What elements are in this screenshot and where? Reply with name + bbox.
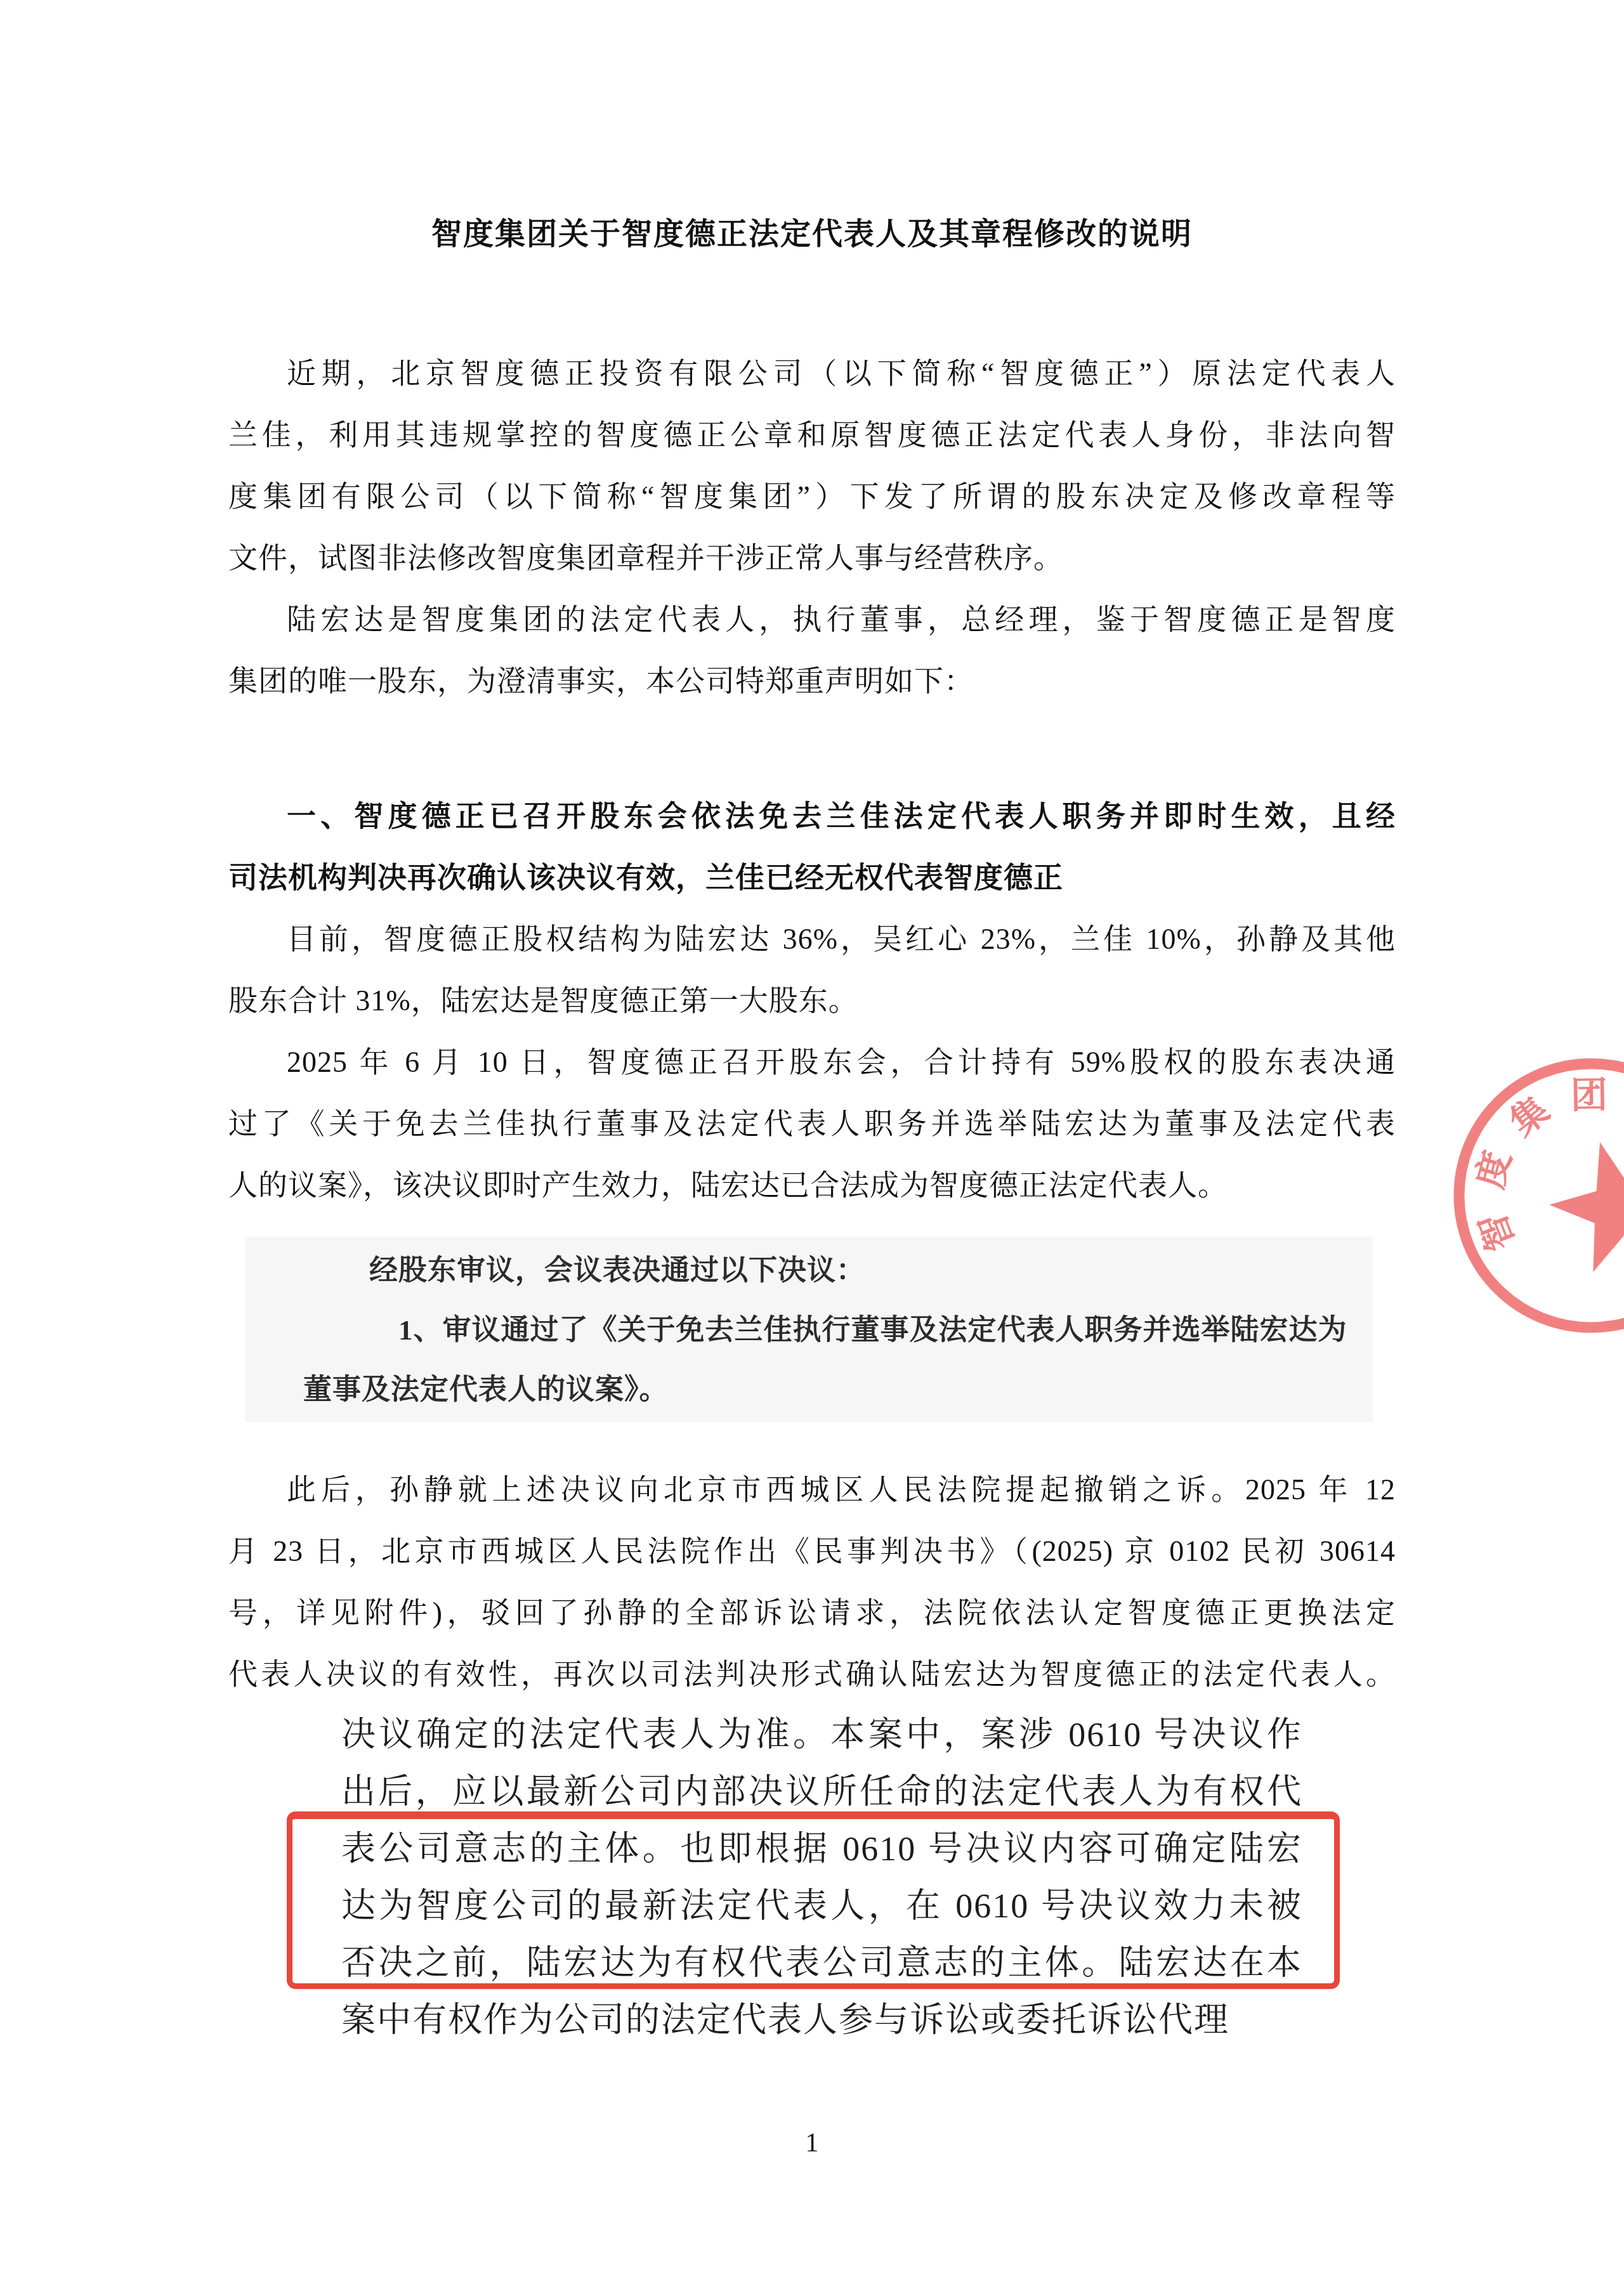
text-line: 月 23 日，北京市西城区人民法院作出《民事判决书》（(2025) 京 0102… bbox=[228, 1520, 1396, 1582]
seal-char: 度 bbox=[1469, 1147, 1519, 1193]
quote-line: 经股东审议，会议表决通过以下决议： bbox=[245, 1241, 1373, 1300]
text-line: 目前，智度德正股权结构为陆宏达 36%，吴红心 23%，兰佳 10%，孙静及其他 bbox=[228, 908, 1396, 970]
excerpt-line: 出后，应以最新公司内部决议所任命的法定代表人为有权代 bbox=[341, 1763, 1302, 1820]
seal-char: 团 bbox=[1570, 1074, 1608, 1116]
excerpt-line: 决议确定的法定代表人为准。本案中，案涉 0610 号决议作 bbox=[341, 1706, 1302, 1763]
seal-char: 智 bbox=[1471, 1207, 1522, 1256]
section-heading-1: 一、智度德正已召开股东会依法免去兰佳法定代表人职务并即时生效，且经 司法机构判决… bbox=[228, 785, 1396, 908]
quote-line: 1、审议通过了《关于免去兰佳执行董事及法定代表人职务并选举陆宏达为 bbox=[245, 1300, 1373, 1360]
star-icon bbox=[1549, 1142, 1624, 1272]
document-page: 智度集团关于智度德正法定代表人及其章程修改的说明 近期，北京智度德正投资有限公司… bbox=[0, 0, 1624, 2296]
quote-line: 董事及法定代表人的议案》。 bbox=[245, 1360, 1373, 1419]
paragraph-1: 近期，北京智度德正投资有限公司（以下简称“智度德正”）原法定代表人 兰佳，利用其… bbox=[228, 342, 1396, 589]
text-line: 2025 年 6 月 10 日，智度德正召开股东会，合计持有 59%股权的股东表… bbox=[228, 1031, 1396, 1093]
judgment-excerpt-block: 决议确定的法定代表人为准。本案中，案涉 0610 号决议作 出后，应以最新公司内… bbox=[341, 1706, 1302, 2049]
heading-line: 司法机构判决再次确认该决议有效，兰佳已经无权代表智度德正 bbox=[228, 847, 1396, 908]
paragraph-4: 2025 年 6 月 10 日，智度德正召开股东会，合计持有 59%股权的股东表… bbox=[228, 1031, 1396, 1216]
excerpt-line: 表公司意志的主体。也即根据 0610 号决议内容可确定陆宏 bbox=[341, 1820, 1302, 1877]
excerpt-line: 否决之前，陆宏达为有权代表公司意志的主体。陆宏达在本 bbox=[341, 1934, 1302, 1992]
text-line: 文件，试图非法修改智度集团章程并干涉正常人事与经营秩序。 bbox=[228, 527, 1396, 589]
text-line: 兰佳，利用其违规掌控的智度德正公章和原智度德正法定代表人身份，非法向智 bbox=[228, 404, 1396, 466]
text-line: 号，详见附件)，驳回了孙静的全部诉讼请求，法院依法认定智度德正更换法定 bbox=[228, 1582, 1396, 1643]
excerpt-line: 达为智度公司的最新法定代表人，在 0610 号决议效力未被 bbox=[341, 1877, 1302, 1934]
text-line: 股东合计 31%，陆宏达是智度德正第一大股东。 bbox=[228, 970, 1396, 1031]
page-number: 1 bbox=[0, 2128, 1624, 2158]
paragraph-3: 目前，智度德正股权结构为陆宏达 36%，吴红心 23%，兰佳 10%，孙静及其他… bbox=[228, 908, 1396, 1031]
page-title: 智度集团关于智度德正法定代表人及其章程修改的说明 bbox=[0, 209, 1624, 253]
company-seal: 智 度 集 团 bbox=[1440, 1040, 1624, 1357]
heading-line: 一、智度德正已召开股东会依法免去兰佳法定代表人职务并即时生效，且经 bbox=[228, 785, 1396, 847]
text-line: 此后，孙静就上述决议向北京市西城区人民法院提起撤销之诉。2025 年 12 bbox=[228, 1459, 1396, 1520]
text-line: 陆宏达是智度集团的法定代表人，执行董事，总经理，鉴于智度德正是智度 bbox=[228, 589, 1396, 650]
text-line: 近期，北京智度德正投资有限公司（以下简称“智度德正”）原法定代表人 bbox=[228, 342, 1396, 404]
text-line: 集团的唯一股东，为澄清事实，本公司特郑重声明如下： bbox=[228, 650, 1396, 712]
text-line: 人的议案》，该决议即时产生效力，陆宏达已合法成为智度德正法定代表人。 bbox=[228, 1154, 1396, 1216]
text-line: 代表人决议的有效性，再次以司法判决形式确认陆宏达为智度德正的法定代表人。 bbox=[228, 1643, 1396, 1705]
text-line: 过了《关于免去兰佳执行董事及法定代表人职务并选举陆宏达为董事及法定代表 bbox=[228, 1093, 1396, 1154]
paragraph-5: 此后，孙静就上述决议向北京市西城区人民法院提起撤销之诉。2025 年 12 月 … bbox=[228, 1459, 1396, 1705]
paragraph-2: 陆宏达是智度集团的法定代表人，执行董事，总经理，鉴于智度德正是智度 集团的唯一股… bbox=[228, 589, 1396, 712]
excerpt-line: 案中有权作为公司的法定代表人参与诉讼或委托诉讼代理 bbox=[341, 1992, 1302, 2049]
resolution-quote-block: 经股东审议，会议表决通过以下决议： 1、审议通过了《关于免去兰佳执行董事及法定代… bbox=[245, 1237, 1373, 1422]
text-line: 度集团有限公司（以下简称“智度集团”）下发了所谓的股东决定及修改章程等 bbox=[228, 466, 1396, 527]
